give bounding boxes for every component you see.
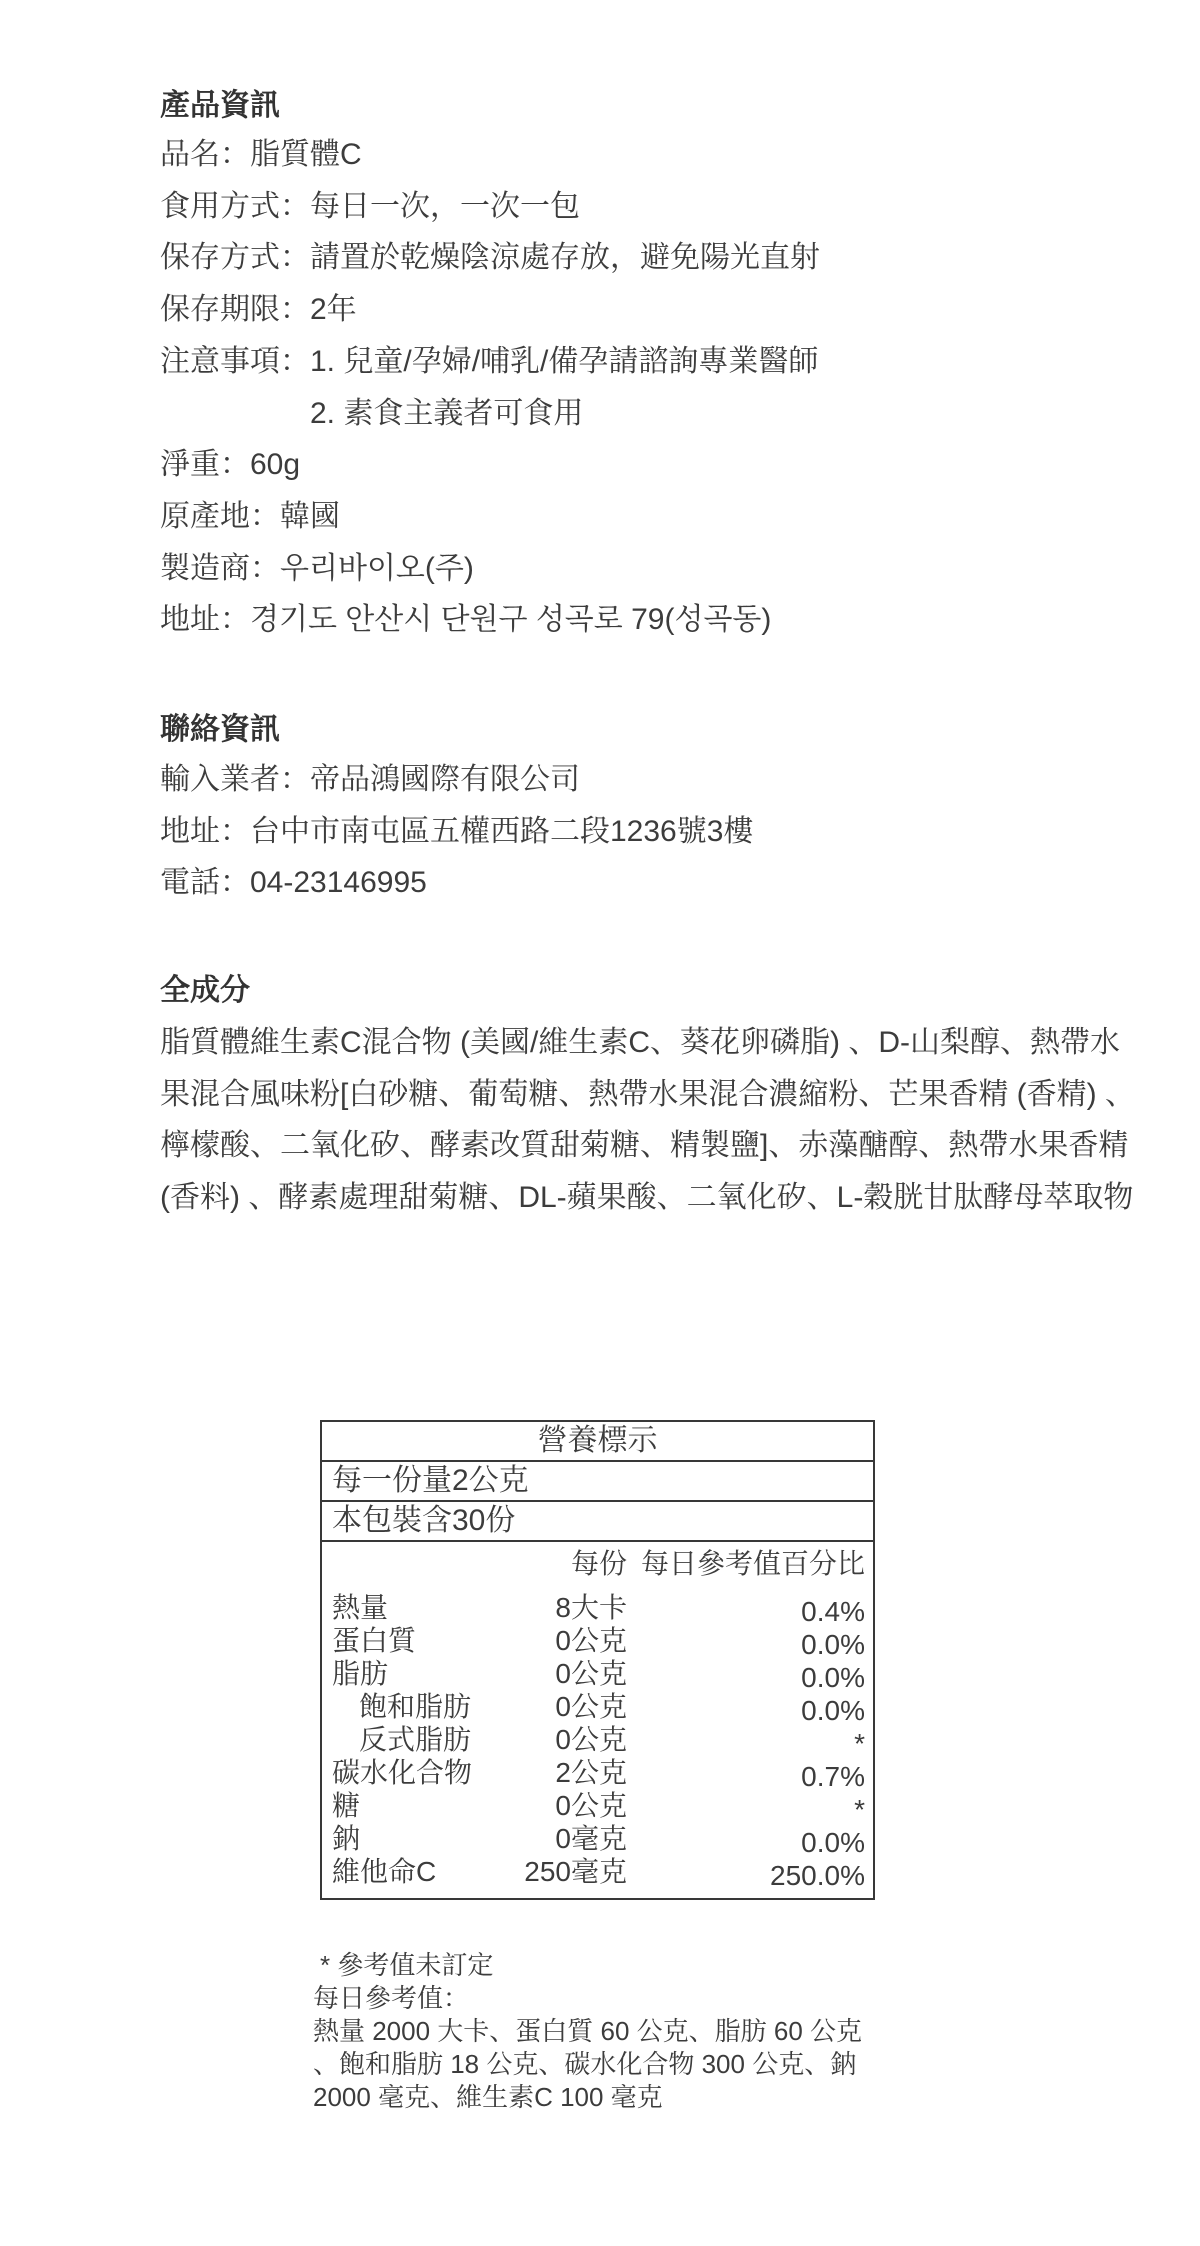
nutrition-column-headers: 每份 每日參考值百分比: [332, 1544, 873, 1584]
nutrient-amount: 2公克: [482, 1756, 627, 1789]
nutrient-daily-value: 0.0%: [627, 1661, 873, 1694]
product-info-line: 保存期限：2年: [160, 284, 820, 336]
nutrient-daily-value: 0.4%: [627, 1595, 873, 1628]
contact-info-line: 輸入業者：帝品鴻國際有限公司: [160, 754, 753, 806]
product-info-heading: 產品資訊: [160, 86, 820, 126]
nutrition-row: 碳水化合物2公克0.7%: [332, 1756, 873, 1789]
contact-info-line: 電話：04-23146995: [160, 857, 753, 909]
nutrition-row: 熱量8大卡0.4%: [332, 1591, 873, 1624]
nutrient-amount: 0公克: [482, 1624, 627, 1657]
nutrition-row: 蛋白質0公克0.0%: [332, 1624, 873, 1657]
ingredients-line: 檸檬酸、二氧化矽、酵素改質甜菊糖、精製鹽]、赤藻醣醇、熱帶水果香精: [160, 1120, 1135, 1172]
contact-info-heading: 聯絡資訊: [160, 710, 753, 750]
section-ingredients: 全成分 脂質體維生素C混合物 (美國/維生素C、葵花卵磷脂) 、D-山梨醇、熱帶…: [160, 971, 1135, 1224]
product-info-line: 食用方式：每日一次，一次一包: [160, 181, 820, 233]
nutrition-row: 鈉0毫克0.0%: [332, 1822, 873, 1855]
footnote-line: 2000 毫克、維生素C 100 毫克: [313, 2081, 898, 2114]
nutrition-footnotes: * 參考值未訂定每日參考值：熱量 2000 大卡、蛋白質 60 公克、脂肪 60…: [313, 1949, 898, 2114]
ingredients-line: 脂質體維生素C混合物 (美國/維生素C、葵花卵磷脂) 、D-山梨醇、熱帶水: [160, 1017, 1135, 1069]
nutrient-daily-value: 250.0%: [627, 1859, 873, 1892]
product-info-line: 注意事項：1. 兒童/孕婦/哺乳/備孕請諮詢專業醫師: [160, 336, 820, 388]
product-info-line: 品名：脂質體C: [160, 129, 820, 181]
nutrient-label: 糖: [332, 1789, 482, 1822]
product-info-line: 淨重：60g: [160, 439, 820, 491]
nutrient-label: 飽和脂肪: [332, 1690, 482, 1723]
ingredients-heading: 全成分: [160, 971, 1135, 1011]
nutrition-rows: 熱量8大卡0.4%蛋白質0公克0.0%脂肪0公克0.0%飽和脂肪0公克0.0%反…: [332, 1591, 873, 1888]
nutrition-table-body: 每份 每日參考值百分比 熱量8大卡0.4%蛋白質0公克0.0%脂肪0公克0.0%…: [322, 1544, 873, 1888]
footnote-line: * 參考值未訂定: [313, 1949, 898, 1982]
col-header-per-serving: 每份: [332, 1544, 627, 1584]
nutrient-daily-value: 0.7%: [627, 1760, 873, 1793]
nutrient-daily-value: 0.0%: [627, 1826, 873, 1859]
nutrition-row: 反式脂肪0公克*: [332, 1723, 873, 1756]
product-info-lines: 品名：脂質體C食用方式：每日一次，一次一包保存方式：請置於乾燥陰涼處存放，避免陽…: [160, 129, 820, 646]
nutrient-label: 碳水化合物: [332, 1756, 482, 1789]
nutrient-daily-value: *: [627, 1727, 873, 1760]
nutrient-amount: 0公克: [482, 1723, 627, 1756]
nutrient-label: 鈉: [332, 1822, 482, 1855]
nutrient-label: 反式脂肪: [332, 1723, 482, 1756]
nutrient-daily-value: 0.0%: [627, 1628, 873, 1661]
col-header-daily-value: 每日參考值百分比: [627, 1544, 873, 1584]
product-info-line: 原產地：韓國: [160, 491, 820, 543]
product-info-line: 地址：경기도 안산시 단원구 성곡로 79(성곡동): [160, 594, 820, 646]
product-info-line: 保存方式：請置於乾燥陰涼處存放，避免陽光直射: [160, 232, 820, 284]
product-info-line: 2. 素食主義者可食用: [160, 388, 820, 440]
nutrition-table-title: 營養標示: [322, 1422, 873, 1462]
ingredients-line: 果混合風味粉[白砂糖、葡萄糖、熱帶水果混合濃縮粉、芒果香精 (香精) 、: [160, 1069, 1135, 1121]
nutrient-amount: 0公克: [482, 1690, 627, 1723]
ingredients-lines: 脂質體維生素C混合物 (美國/維生素C、葵花卵磷脂) 、D-山梨醇、熱帶水果混合…: [160, 1017, 1135, 1224]
contact-info-line: 地址：台中市南屯區五權西路二段1236號3樓: [160, 806, 753, 858]
nutrient-label: 維他命C: [332, 1855, 482, 1888]
nutrient-amount: 0毫克: [482, 1822, 627, 1855]
nutrient-amount: 0公克: [482, 1789, 627, 1822]
nutrition-row: 脂肪0公克0.0%: [332, 1657, 873, 1690]
footnote-line: 每日參考值：: [313, 1982, 898, 2015]
product-detail-page: 產品資訊 品名：脂質體C食用方式：每日一次，一次一包保存方式：請置於乾燥陰涼處存…: [0, 0, 1200, 2246]
nutrient-amount: 8大卡: [482, 1591, 627, 1624]
nutrient-label: 脂肪: [332, 1657, 482, 1690]
product-info-line: 製造商：우리바이오(주): [160, 543, 820, 595]
serving-size: 每一份量2公克: [322, 1462, 873, 1502]
ingredients-line: (香料) 、酵素處理甜菊糖、DL-蘋果酸、二氧化矽、L-穀胱甘肽酵母萃取物: [160, 1172, 1135, 1224]
nutrient-daily-value: *: [627, 1793, 873, 1826]
nutrition-row: 糖0公克*: [332, 1789, 873, 1822]
footnote-line: 熱量 2000 大卡、蛋白質 60 公克、脂肪 60 公克: [313, 2015, 898, 2048]
section-product-info: 產品資訊 品名：脂質體C食用方式：每日一次，一次一包保存方式：請置於乾燥陰涼處存…: [160, 86, 820, 646]
nutrition-row: 飽和脂肪0公克0.0%: [332, 1690, 873, 1723]
nutrition-row: 維他命C250毫克250.0%: [332, 1855, 873, 1888]
contact-info-lines: 輸入業者：帝品鴻國際有限公司地址：台中市南屯區五權西路二段1236號3樓電話：0…: [160, 754, 753, 909]
nutrient-daily-value: 0.0%: [627, 1694, 873, 1727]
servings-per-pack: 本包裝含30份: [322, 1502, 873, 1542]
nutrient-amount: 250毫克: [482, 1855, 627, 1888]
nutrition-table: 營養標示 每一份量2公克 本包裝含30份 每份 每日參考值百分比 熱量8大卡0.…: [320, 1420, 875, 1900]
section-contact-info: 聯絡資訊 輸入業者：帝品鴻國際有限公司地址：台中市南屯區五權西路二段1236號3…: [160, 710, 753, 909]
nutrient-label: 熱量: [332, 1591, 482, 1624]
footnote-line: 、飽和脂肪 18 公克、碳水化合物 300 公克、鈉: [313, 2048, 898, 2081]
nutrient-amount: 0公克: [482, 1657, 627, 1690]
nutrient-label: 蛋白質: [332, 1624, 482, 1657]
